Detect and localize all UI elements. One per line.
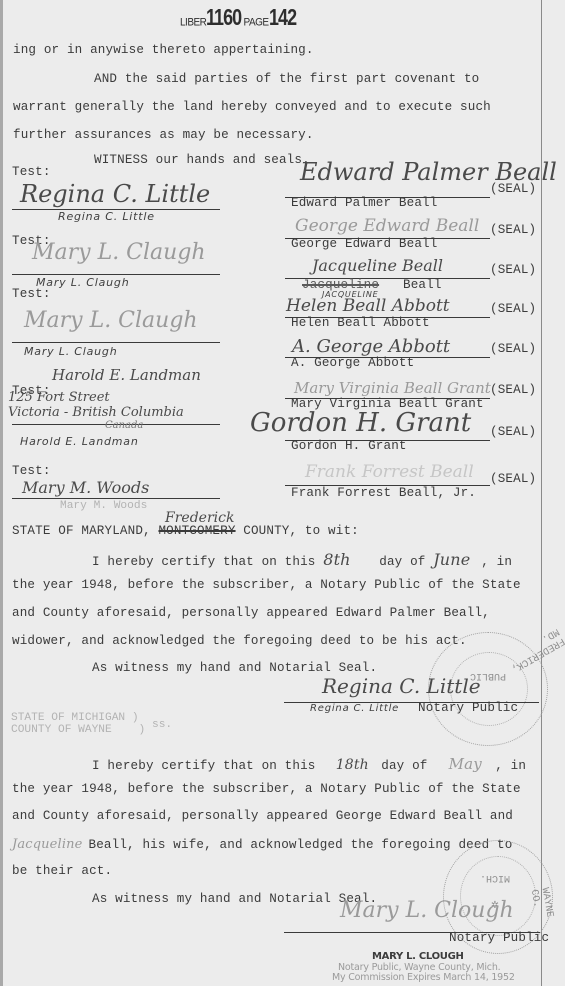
text-line: the year 1948, before the subscriber, a …: [12, 578, 521, 592]
text-fragment: day of: [379, 555, 425, 569]
text-line: widower, and acknowledged the foregoing …: [12, 634, 467, 648]
venue-county: COUNTY OF WAYNE ): [11, 724, 145, 736]
struck-county: MONTGOMERY: [158, 524, 235, 538]
text-line: As witness my hand and Notarial Seal.: [92, 661, 377, 675]
liber-number: 1160: [206, 4, 241, 31]
grantor-printed-name: Helen Beall Abbott: [291, 316, 430, 330]
text-fragment: , in: [481, 555, 512, 569]
venue-ss: ss.: [152, 719, 172, 731]
page-number: 142: [269, 4, 296, 31]
text-line: JacquelineBeall, his wife, and acknowled…: [12, 837, 512, 852]
handwritten-name: Jacqueline: [12, 837, 83, 852]
seal-mark: (SEAL): [490, 425, 536, 439]
text-fragment: I hereby certify that on this: [92, 555, 316, 569]
certify-line: I hereby certify that on this 8thday of …: [92, 550, 512, 569]
grantor-printed-name: Gordon H. Grant: [291, 439, 407, 453]
notary-signature: Regina C. Little: [322, 674, 481, 698]
seal-mark: (SEAL): [490, 263, 536, 277]
test-label: Test:: [12, 464, 51, 478]
notary-stamp-name: MARY L. CLOUGH: [372, 951, 464, 962]
seal-mark: (SEAL): [490, 223, 536, 237]
liber-page-header: LIBER1160PAGE142: [180, 4, 303, 31]
text-fragment: day of: [381, 759, 427, 773]
witness-signature: Regina C. Little: [20, 180, 210, 208]
certify-line: I hereby certify that on this 18thday of…: [92, 755, 526, 773]
grantor-signature: Gordon H. Grant: [250, 408, 471, 438]
margin-rule: [541, 0, 542, 986]
notary-signature: Mary L. Clough: [340, 898, 514, 923]
liber-label: LIBER: [180, 16, 206, 28]
witness-signature: Mary L. Claugh: [32, 240, 206, 265]
handwritten-month: May: [435, 755, 495, 773]
witness-printed-name: Regina C. Little: [58, 210, 155, 223]
state-name: STATE OF MARYLAND,: [12, 524, 151, 538]
handwritten-month: June: [433, 550, 481, 569]
notary-title: Notary Public: [418, 701, 518, 715]
page-label: PAGE: [244, 16, 269, 28]
county-suffix: COUNTY, to wit:: [243, 524, 359, 538]
witness-signature: Mary M. Woods: [22, 478, 149, 497]
text-fragment: , in: [495, 759, 526, 773]
signature-line: [12, 342, 220, 343]
text-line: and County aforesaid, personally appeare…: [12, 606, 490, 620]
handwritten-day: 18th: [323, 757, 381, 773]
seal-mark: (SEAL): [490, 472, 536, 486]
text-line: further assurances as may be necessary.: [13, 128, 314, 142]
text-line: the year 1948, before the subscriber, a …: [12, 782, 521, 796]
venue-state: STATE OF MICHIGAN ): [11, 712, 139, 724]
witness-address: 125 Fort Street: [8, 390, 110, 405]
seal-mark: (SEAL): [490, 342, 536, 356]
text-line: be their act.: [12, 864, 112, 878]
text-line: As witness my hand and Notarial Seal.: [92, 892, 377, 906]
seal-mark: (SEAL): [490, 182, 536, 196]
grantor-printed-name: Beall: [403, 278, 442, 292]
state-heading: STATE OF MARYLAND, MONTGOMERY COUNTY, to…: [12, 524, 359, 538]
grantor-printed-name: A. George Abbott: [291, 356, 414, 370]
notary-stamp-expiry: My Commission Expires March 14, 1952: [332, 972, 515, 983]
text-line: ing or in anywise thereto appertaining.: [13, 43, 314, 57]
witness-address: Victoria - British Columbia: [8, 405, 184, 420]
witness-printed-name: Mary M. Woods: [60, 500, 147, 512]
grantor-signature: Helen Beall Abbott: [286, 296, 450, 316]
grantor-signature: Mary Virginia Beall Grant: [294, 379, 491, 397]
handwritten-day: 8th: [323, 550, 379, 569]
grantor-signature: Jacqueline Beall: [312, 256, 443, 275]
witness-address: Canada: [105, 420, 143, 431]
witness-clause: WITNESS our hands and seals.: [94, 153, 310, 167]
text-line: warrant generally the land hereby convey…: [13, 100, 491, 114]
witness-signature: Harold E. Landman: [52, 366, 201, 384]
text-line: and County aforesaid, personally appeare…: [12, 809, 513, 823]
witness-signature: Mary L. Claugh: [24, 308, 198, 333]
grantor-signature: George Edward Beall: [295, 216, 479, 236]
scan-edge: [0, 0, 3, 986]
notary-title: Notary Public: [449, 931, 549, 945]
notary-seal-inner-ring: [460, 856, 536, 936]
grantor-printed-name: Frank Forrest Beall, Jr.: [291, 486, 476, 500]
witness-printed-name: Harold E. Landman: [20, 435, 139, 448]
seal-text: MICH.: [480, 872, 510, 883]
text-fragment: Beall, his wife, and acknowledged the fo…: [89, 838, 513, 852]
test-label: Test:: [12, 287, 51, 301]
witness-printed-name: Mary L. Claugh: [24, 345, 118, 358]
text-fragment: I hereby certify that on this: [92, 759, 316, 773]
seal-mark: (SEAL): [490, 302, 536, 316]
grantor-signature: A. George Abbott: [292, 336, 450, 357]
test-label: Test:: [12, 165, 51, 179]
grantor-printed-name: George Edward Beall: [291, 237, 437, 251]
seal-mark: (SEAL): [490, 383, 536, 397]
notary-printed-name: Regina C. Little: [310, 703, 399, 714]
text-line: AND the said parties of the first part c…: [94, 72, 479, 86]
grantor-signature: Frank Forrest Beall: [305, 462, 474, 482]
grantor-printed-name: Edward Palmer Beall: [291, 196, 437, 210]
